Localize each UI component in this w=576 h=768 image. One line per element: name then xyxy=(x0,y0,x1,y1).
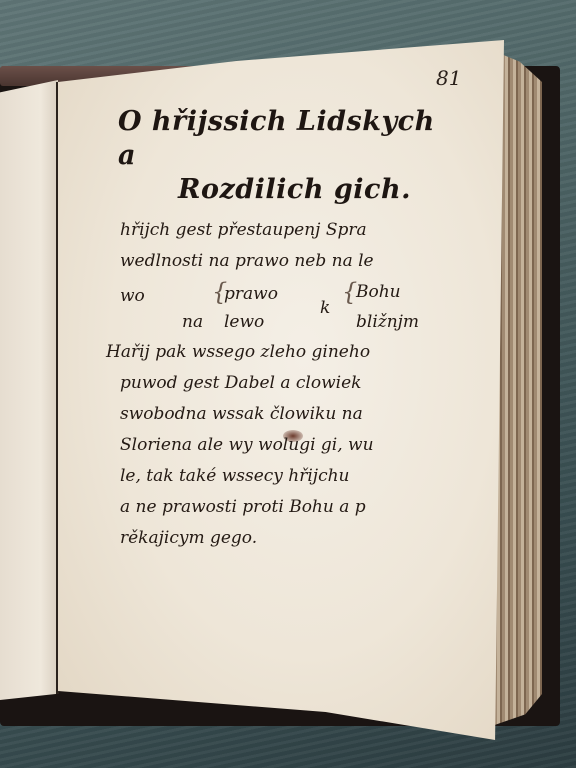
text-line: rěkajicym gego. xyxy=(120,523,460,554)
brace-right-1: Bohu xyxy=(356,277,401,308)
brace-joiner: k xyxy=(320,293,330,324)
text-line: Hařij pak wssego zleho gineho xyxy=(106,337,460,368)
brace-open-2: { xyxy=(342,277,357,308)
text-line: swobodna wssak člowiku na xyxy=(120,399,460,430)
brace-left-2: na xyxy=(182,307,203,338)
brace-diagram: wo na { prawo lewo k { Bohu bližnjm xyxy=(120,277,460,337)
page-number: 81 xyxy=(436,66,461,90)
text-line: puwod gest Dabel a clowiek xyxy=(120,368,460,399)
title-line-2: Rozdilich gich. xyxy=(118,173,448,207)
page-title: O hřijssich Lidskych a Rozdilich gich. xyxy=(118,105,448,207)
brace-left-1: wo xyxy=(120,281,145,312)
text-line: hřijch gest přestaupenj Spra xyxy=(120,215,460,246)
brace-right-2: bližnjm xyxy=(356,307,419,338)
text-line: wedlnosti na prawo neb na le xyxy=(120,246,460,277)
manuscript-text: hřijch gest přestaupenj Spra wedlnosti n… xyxy=(120,215,460,554)
brace-mid-1: prawo xyxy=(224,279,278,310)
left-page xyxy=(0,80,58,700)
text-line: Sloriena ale wy wolugi gi, wu xyxy=(120,430,460,461)
title-line-1: O hřijssich Lidskych a xyxy=(118,106,435,171)
brace-mid-2: lewo xyxy=(224,307,264,338)
text-line: a ne prawosti proti Bohu a p xyxy=(120,492,460,523)
text-line: le, tak také wssecy hřijchu xyxy=(120,461,460,492)
